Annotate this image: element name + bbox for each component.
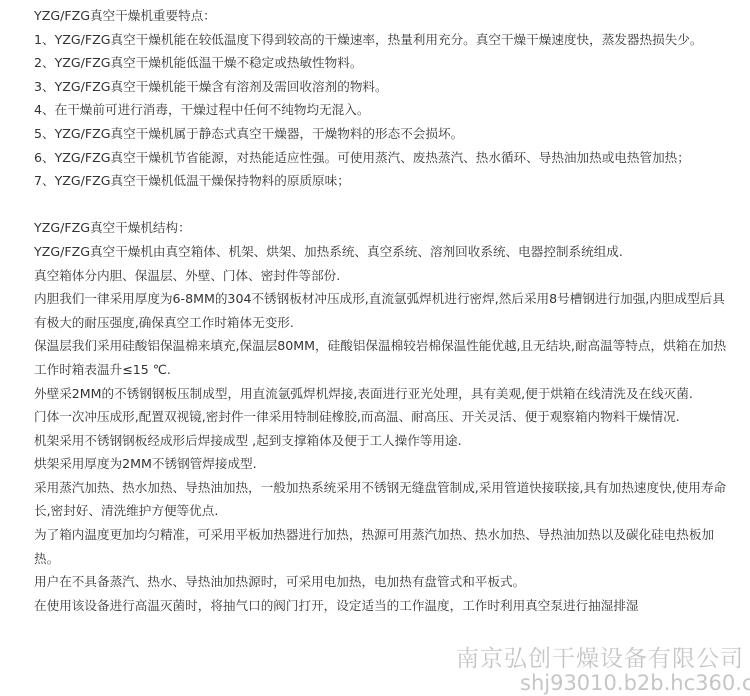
- feature-item-4: 4、在干燥前可进行消毒，干燥过程中任何不纯物均无混入。: [34, 98, 734, 122]
- features-heading: YZG/FZG真空干燥机重要特点：: [34, 4, 734, 28]
- watermark-url: shj93010.b2b.hc360.com: [456, 672, 750, 694]
- structure-paragraph-electric-heating: 用户在不具备蒸汽、热水、导热油加热源时，可采用电加热，电加热有盘管式和平板式。: [34, 570, 734, 594]
- feature-item-6: 6、YZG/FZG真空干燥机节省能源，对热能适应性强。可使用蒸汽、废热蒸汽、热水…: [34, 146, 734, 170]
- feature-item-2: 2、YZG/FZG真空干燥机能低温干燥不稳定或热敏性物料。: [34, 51, 734, 75]
- structure-paragraph-door: 门体一次冲压成形,配置双视镜,密封件一律采用特制硅橡胶,而高温、耐高压、开关灵活…: [34, 405, 734, 429]
- structure-paragraph-heating: 采用蒸汽加热、热水加热、导热油加热，一般加热系统采用不锈钢无缝盘管制成,采用管道…: [34, 476, 734, 523]
- structure-paragraph-plate-heater: 为了箱内温度更加均匀精准，可采用平板加热器进行加热，热源可用蒸汽加热、热水加热、…: [34, 523, 734, 570]
- structure-paragraph-outer-wall: 外壁采2MM的不锈钢钢板压制成型，用直流氩弧焊机焊接,表面进行亚光处理，具有美观…: [34, 382, 734, 406]
- feature-item-5: 5、YZG/FZG真空干燥机属于静态式真空干燥器，干燥物料的形态不会损坏。: [34, 122, 734, 146]
- structure-paragraph-insulation: 保温层我们采用硅酸铝保温棉来填充,保温层80MM，硅酸铝保温棉较岩棉保温性能优越…: [34, 334, 734, 381]
- feature-item-3: 3、YZG/FZG真空干燥机能干燥含有溶剂及需回收溶剂的物料。: [34, 75, 734, 99]
- structure-paragraph-composition: YZG/FZG真空干燥机由真空箱体、机架、烘架、加热系统、真空系统、溶剂回收系统…: [34, 240, 734, 264]
- structure-paragraph-drying-rack: 烘架采用厚度为2MM不锈钢管焊接成型.: [34, 452, 734, 476]
- watermark-company: 南京弘创干燥设备有限公司: [456, 646, 750, 672]
- section-spacer: [34, 193, 734, 217]
- structure-paragraph-sterilization: 在使用该设备进行高温灭菌时，将抽气口的阀门打开，设定适当的工作温度，工作时利用真…: [34, 594, 734, 618]
- structure-paragraph-inner-liner: 内胆我们一律采用厚度为6-8MM的304不锈钢板材冲压成形,直流氩弧焊机进行密焊…: [34, 287, 734, 334]
- document-body: YZG/FZG真空干燥机重要特点： 1、YZG/FZG真空干燥机能在较低温度下得…: [34, 4, 734, 617]
- structure-paragraph-box-parts: 真空箱体分内胆、保温层、外壁、门体、密封件等部份.: [34, 264, 734, 288]
- feature-item-7: 7、YZG/FZG真空干燥机低温干燥保持物料的原质原味；: [34, 169, 734, 193]
- watermark: 南京弘创干燥设备有限公司 shj93010.b2b.hc360.com: [456, 646, 750, 694]
- structure-paragraph-frame: 机架采用不锈钢钢板经成形后焊接成型 ,起到支撑箱体及便于工人操作等用途.: [34, 429, 734, 453]
- feature-item-1: 1、YZG/FZG真空干燥机能在较低温度下得到较高的干燥速率，热量利用充分。真空…: [34, 28, 734, 52]
- structure-heading: YZG/FZG真空干燥机结构：: [34, 216, 734, 240]
